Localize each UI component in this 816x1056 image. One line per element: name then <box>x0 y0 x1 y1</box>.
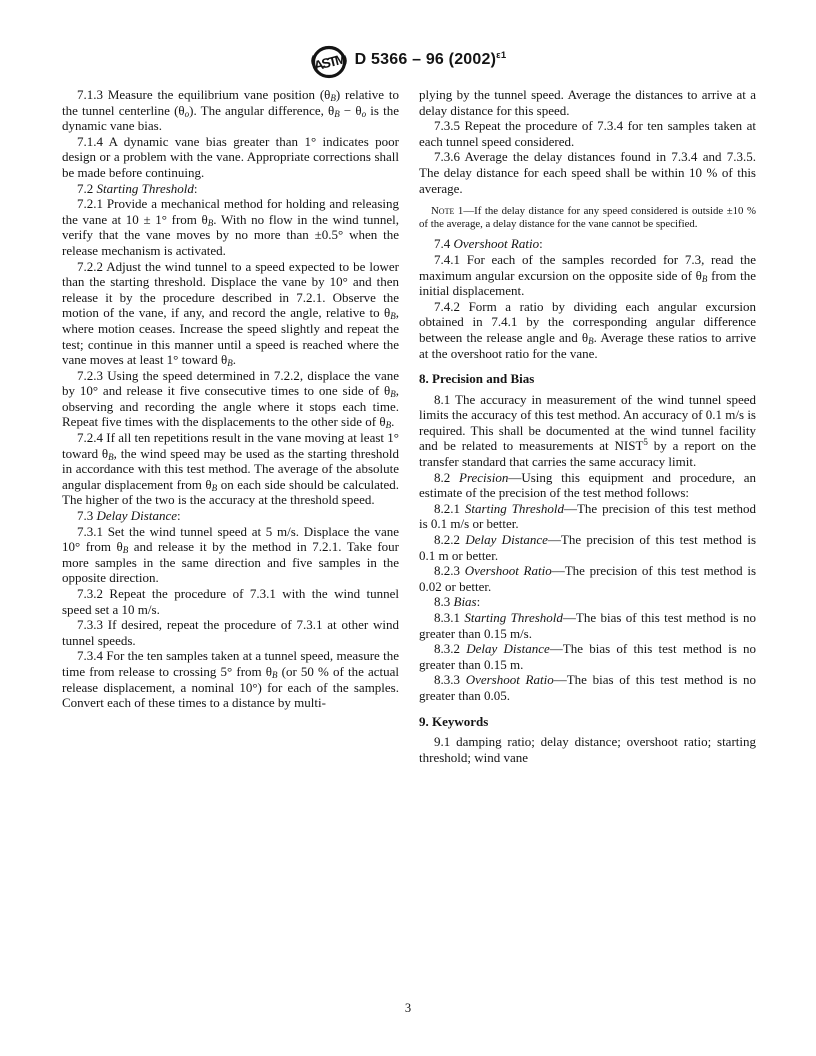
paragraph-7-1-3: 7.1.3 Measure the equilibrium vane posit… <box>62 87 399 134</box>
paragraph-7-2: 7.2 Starting Threshold: <box>62 181 399 197</box>
text-segment: Overshoot Ratio <box>466 672 554 687</box>
paragraph-7-3-4: 7.3.4 For the ten samples taken at a tun… <box>62 648 399 710</box>
left-column: 7.1.3 Measure the equilibrium vane posit… <box>62 87 399 765</box>
text-segment: 7.3 <box>77 508 97 523</box>
paragraph-8-2-2: 8.2.2 Delay Distance—The precision of th… <box>419 532 756 563</box>
text-segment: 7.2.2 Adjust the wind tunnel to a speed … <box>62 259 399 321</box>
text-segment: 8.2.1 <box>434 501 465 516</box>
text-segment: 7.2 <box>77 181 97 196</box>
text-segment: Precision <box>459 470 508 485</box>
text-segment: 7.4 <box>434 236 454 251</box>
paragraph-8-3-1: 8.3.1 Starting Threshold—The bias of thi… <box>419 610 756 641</box>
paragraph-7-3-3: 7.3.3 If desired, repeat the procedure o… <box>62 617 399 648</box>
text-segment: 8.3.2 <box>434 641 466 656</box>
text-segment: − θ <box>340 103 362 118</box>
paragraph-7-3-1: 7.3.1 Set the wind tunnel speed at 5 m/s… <box>62 524 399 586</box>
text-segment: Note <box>431 205 454 217</box>
text-segment: Delay Distance <box>465 532 548 547</box>
paragraph-8-2-1: 8.2.1 Starting Threshold—The precision o… <box>419 501 756 532</box>
paragraph-8-2-3: 8.2.3 Overshoot Ratio—The precision of t… <box>419 563 756 594</box>
paragraph-7-2-2: 7.2.2 Adjust the wind tunnel to a speed … <box>62 259 399 368</box>
text-segment: 9.1 damping ratio; delay distance; overs… <box>419 734 756 765</box>
paragraph-7-3-6: 7.3.6 Average the delay distances found … <box>419 149 756 196</box>
text-segment: 8.2.3 <box>434 563 465 578</box>
paragraph-8-1: 8.1 The accuracy in measurement of the w… <box>419 392 756 470</box>
document-body: 7.1.3 Measure the equilibrium vane posit… <box>0 80 816 765</box>
text-segment: Overshoot Ratio <box>465 563 552 578</box>
text-segment: : <box>539 236 543 251</box>
paragraph-7-3-4-cont: plying by the tunnel speed. Average the … <box>419 87 756 118</box>
paragraph-7-4-2: 7.4.2 Form a ratio by dividing each angu… <box>419 299 756 361</box>
paragraph-heading-8: 8. Precision and Bias <box>419 371 756 387</box>
paragraph-7-2-1: 7.2.1 Provide a mechanical method for ho… <box>62 196 399 258</box>
paragraph-7-4-1: 7.4.1 For each of the samples recorded f… <box>419 252 756 299</box>
text-segment: : <box>194 181 198 196</box>
text-segment: 7.1.4 A dynamic vane bias greater than 1… <box>62 134 399 180</box>
text-segment: ε1 <box>496 50 506 61</box>
text-segment: 7.2.3 Using the speed determined in 7.2.… <box>62 368 399 399</box>
text-segment: 7.1.3 Measure the equilibrium vane posit… <box>77 87 330 102</box>
paragraph-heading-9: 9. Keywords <box>419 714 756 730</box>
text-segment: : <box>177 508 181 523</box>
text-segment: 8.3 <box>434 594 454 609</box>
document-page: ASTM D 5366 – 96 (2002)ε1 7.1.3 Measure … <box>0 0 816 1056</box>
text-segment: Overshoot Ratio <box>454 236 540 251</box>
page-number: 3 <box>0 1001 816 1016</box>
text-segment: 8.2 <box>434 470 459 485</box>
astm-logo-icon: ASTM <box>310 44 348 85</box>
text-segment: ). The angular difference, θ <box>189 103 334 118</box>
page-header: ASTM D 5366 – 96 (2002)ε1 <box>0 0 816 80</box>
text-segment: Bias <box>454 594 477 609</box>
paragraph-7-4: 7.4 Overshoot Ratio: <box>419 236 756 252</box>
right-column: plying by the tunnel speed. Average the … <box>419 87 756 765</box>
paragraph-8-3-2: 8.3.2 Delay Distance—The bias of this te… <box>419 641 756 672</box>
text-segment: Starting Threshold <box>97 181 194 196</box>
text-segment: D 5366 – 96 (2002) <box>355 51 496 68</box>
text-segment: 8.2.2 <box>434 532 465 547</box>
text-segment: 8. Precision and Bias <box>419 371 534 386</box>
paragraph-7-2-3: 7.2.3 Using the speed determined in 7.2.… <box>62 368 399 430</box>
paragraph-9-1: 9.1 damping ratio; delay distance; overs… <box>419 734 756 765</box>
text-segment: Starting Threshold <box>464 610 563 625</box>
text-segment: Starting Threshold <box>465 501 564 516</box>
paragraph-7-3-5: 7.3.5 Repeat the procedure of 7.3.4 for … <box>419 118 756 149</box>
text-segment: 7.3.3 If desired, repeat the procedure o… <box>62 617 399 648</box>
paragraph-7-3: 7.3 Delay Distance: <box>62 508 399 524</box>
text-segment: 1—If the delay distance for any speed co… <box>419 205 756 230</box>
text-segment: 8.3.1 <box>434 610 464 625</box>
text-segment: 7.3.6 Average the delay distances found … <box>419 149 756 195</box>
paragraph-8-2: 8.2 Precision—Using this equipment and p… <box>419 470 756 501</box>
paragraph-7-1-4: 7.1.4 A dynamic vane bias greater than 1… <box>62 134 399 181</box>
paragraph-7-2-4: 7.2.4 If all ten repetitions result in t… <box>62 430 399 508</box>
paragraph-8-3: 8.3 Bias: <box>419 594 756 610</box>
paragraph-8-3-3: 8.3.3 Overshoot Ratio—The bias of this t… <box>419 672 756 703</box>
text-segment: 7.3.5 Repeat the procedure of 7.3.4 for … <box>419 118 756 149</box>
text-segment: Delay Distance <box>97 508 178 523</box>
text-segment: : <box>477 594 481 609</box>
text-segment: Delay Distance <box>466 641 550 656</box>
paragraph-note-1: Note 1—If the delay distance for any spe… <box>419 205 756 231</box>
paragraph-7-3-2: 7.3.2 Repeat the procedure of 7.3.1 with… <box>62 586 399 617</box>
text-segment: 9. Keywords <box>419 714 488 729</box>
text-segment: 7.3.2 Repeat the procedure of 7.3.1 with… <box>62 586 399 617</box>
standard-designation: D 5366 – 96 (2002)ε1 <box>355 44 507 69</box>
text-segment: plying by the tunnel speed. Average the … <box>419 87 756 118</box>
text-segment: 8.3.3 <box>434 672 466 687</box>
text-segment: . <box>233 352 236 367</box>
text-segment: . <box>391 414 394 429</box>
